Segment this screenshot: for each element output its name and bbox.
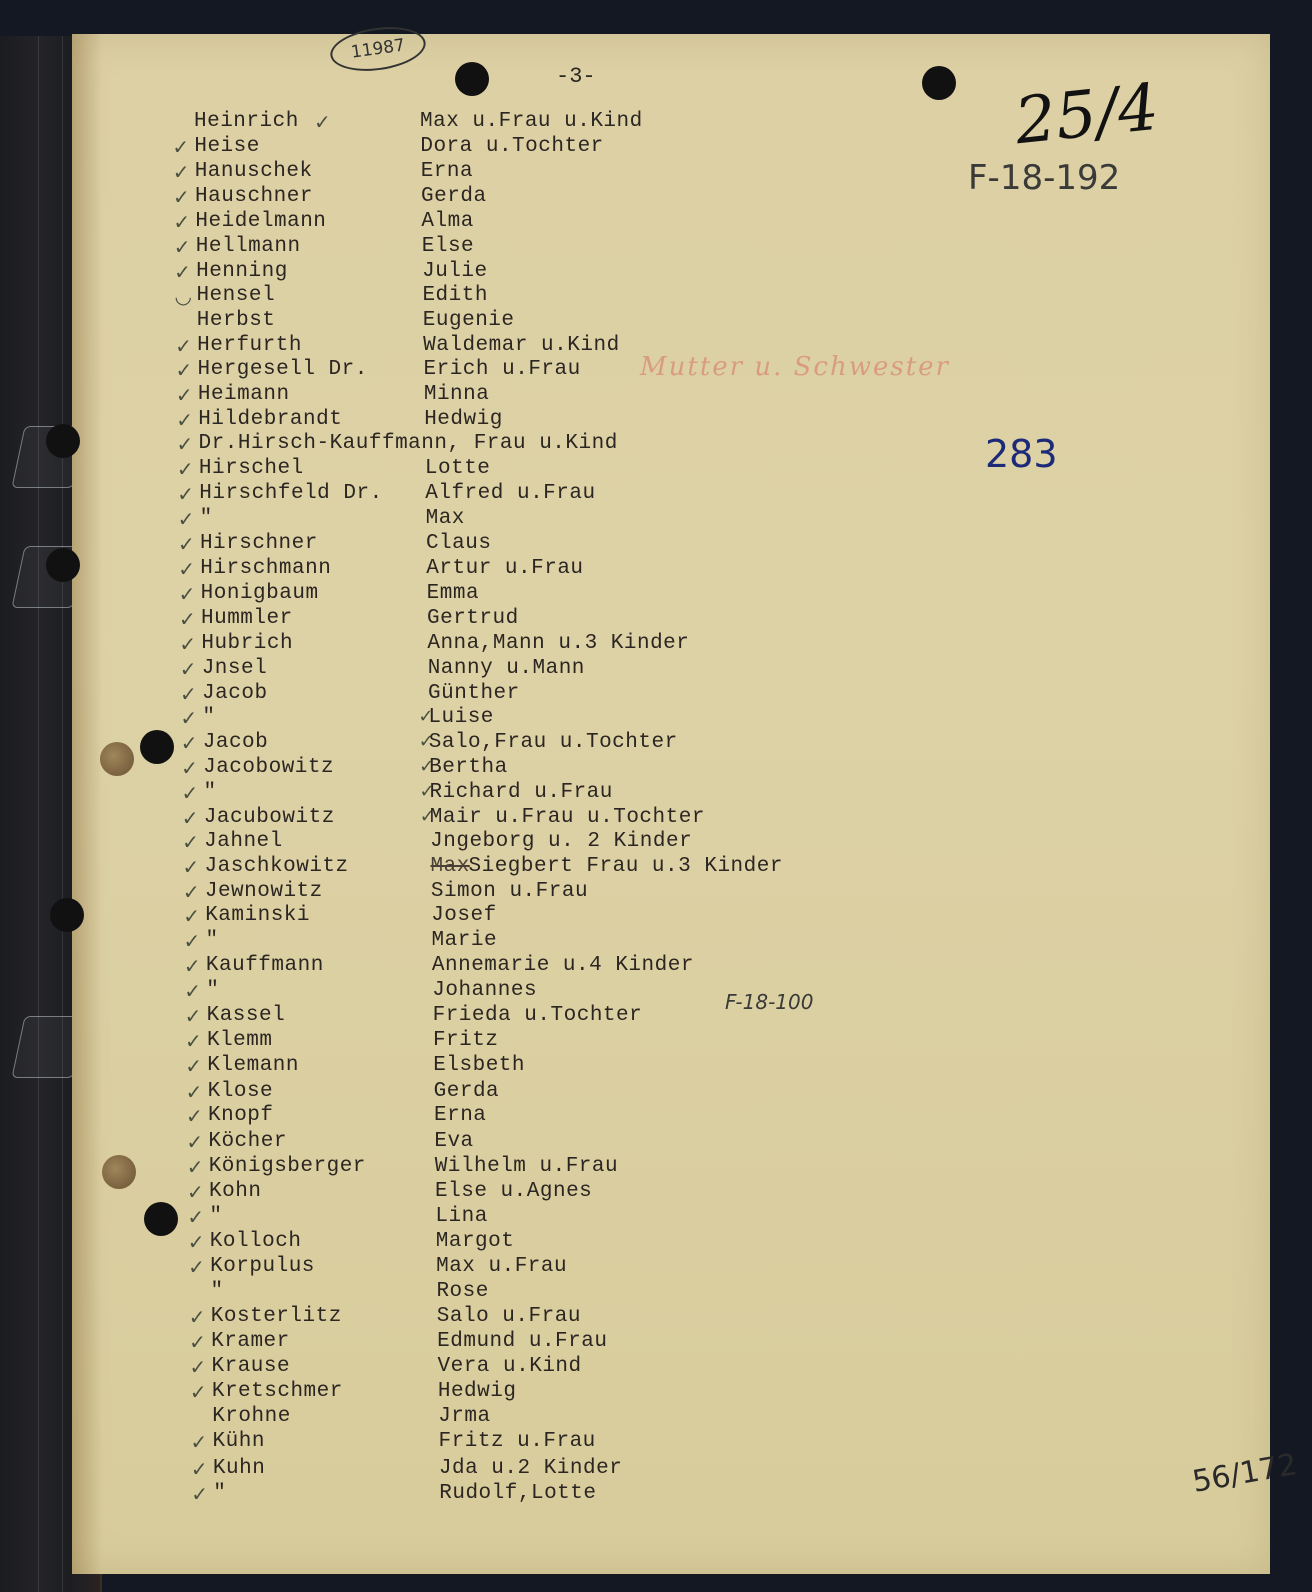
check-mark-icon: ✓ [178, 532, 195, 556]
surname: Jacubowitz [204, 806, 335, 829]
punch-hole [922, 66, 956, 100]
given-names: Salo u.Frau [437, 1305, 581, 1328]
surname: Krohne [212, 1405, 291, 1428]
check-mark-icon: ✓ [190, 1355, 207, 1379]
surname: Kohn [209, 1180, 261, 1203]
surname: " [203, 781, 216, 804]
given-names: Rose [436, 1280, 488, 1303]
given-names: Gerda [421, 185, 487, 208]
surname: Henning [196, 260, 288, 283]
surname: Heinrich [194, 110, 299, 133]
check-mark-icon: ✓ [176, 383, 193, 407]
reference-code-mid: F-18-100 [725, 990, 813, 1014]
check-mark-icon: ✓ [179, 632, 196, 656]
given-names: Jrma [438, 1405, 490, 1428]
surname: Kosterlitz [211, 1305, 342, 1328]
surname: Krause [212, 1355, 291, 1378]
surname: Jahnel [204, 830, 283, 853]
given-names: Salo,Frau u.Tochter [429, 731, 678, 754]
given-names: Josef [431, 904, 497, 927]
surname: Kühn [213, 1430, 265, 1453]
given-names: Günther [428, 682, 520, 705]
check-mark-icon: ✓ [180, 706, 197, 730]
surname: Jewnowitz [205, 880, 323, 903]
given-names: Siegbert Frau u.3 Kinder [469, 855, 783, 878]
given-names: Eva [434, 1130, 473, 1153]
surname: Hildebrandt [198, 408, 342, 431]
surname: Hirschner [200, 532, 318, 555]
given-names: Mair u.Frau u.Tochter [430, 806, 705, 829]
given-names: Margot [436, 1230, 515, 1253]
surname: Hubrich [201, 632, 293, 655]
check-mark-icon: ✓ [176, 408, 193, 432]
given-names: Else u.Agnes [435, 1180, 592, 1203]
given-names: Lotte [425, 457, 491, 480]
surname: Klemm [207, 1029, 273, 1052]
check-mark-icon: ✓ [186, 1080, 203, 1104]
check-mark-icon: ✓ [181, 781, 198, 805]
given-names: Erich u.Frau [424, 358, 581, 381]
page-number: -3- [556, 64, 596, 89]
surname: Jacob [203, 731, 269, 754]
given-names: Gerda [434, 1080, 500, 1103]
check-mark-icon: ◡ [174, 284, 192, 308]
check-mark-icon: ✓ [174, 235, 191, 259]
surname: Klemann [207, 1054, 299, 1077]
given-names: Bertha [429, 756, 508, 779]
surname: Hergesell Dr. [198, 358, 368, 381]
blue-handwritten-number: 283 [985, 432, 1058, 476]
surname: " [200, 507, 213, 530]
handwritten-number-top-right: 25/4 [1012, 71, 1163, 160]
surname: Hirschfeld Dr. [199, 482, 382, 505]
punch-hole [455, 62, 489, 96]
given-names: Emma [427, 582, 479, 605]
check-mark-icon: ✓ [184, 954, 201, 978]
check-mark-icon: ✓ [190, 1380, 207, 1404]
surname: Kauffmann [206, 954, 324, 977]
check-mark-icon: ✓ [172, 135, 189, 159]
punch-hole-reinforced [102, 1155, 136, 1189]
given-names: Jda u.2 Kinder [439, 1457, 622, 1480]
given-names: Hedwig [424, 408, 503, 431]
surname: Kuhn [213, 1457, 265, 1480]
surname: Herfurth [197, 334, 302, 357]
reference-code-top: F-18-192 [968, 158, 1120, 198]
surname: Hauschner [195, 185, 313, 208]
surname: Hanuschek [195, 160, 313, 183]
surname: Kassel [207, 1004, 286, 1027]
check-mark-icon: ✓ [178, 507, 195, 531]
given-names: Eugenie [423, 309, 515, 332]
binder-line [38, 36, 39, 1592]
given-names: Vera u.Kind [438, 1355, 582, 1378]
check-mark-icon: ✓ [175, 334, 192, 358]
red-handwritten-note: Mutter u. Schwester [640, 352, 950, 382]
check-mark-icon: ✓ [314, 110, 331, 134]
given-names: Max u.Frau u.Kind [420, 110, 643, 133]
surname: Klose [208, 1080, 274, 1103]
check-mark-icon: ✓ [177, 482, 194, 506]
check-mark-icon: ✓ [187, 1205, 204, 1229]
check-mark-icon: ✓ [181, 756, 198, 780]
check-mark-icon: ✓ [187, 1155, 204, 1179]
given-names: Elsbeth [433, 1054, 525, 1077]
surname: Köcher [208, 1130, 287, 1153]
surname: Hirschmann [200, 557, 331, 580]
surname: Heimann [198, 383, 290, 406]
check-mark-icon: ✓ [184, 979, 201, 1003]
given-names: Artur u.Frau [426, 557, 583, 580]
surname: " [206, 979, 219, 1002]
given-names: Edith [422, 284, 488, 307]
check-mark-icon: ✓ [182, 830, 199, 854]
surname: Dr.Hirsch-Kauffmann, Frau u.Kind [199, 432, 618, 455]
given-names: Rudolf,Lotte [439, 1482, 596, 1505]
surname: Königsberger [209, 1155, 366, 1178]
given-names: Jngeborg u. 2 Kinder [430, 830, 692, 853]
check-mark-icon: ✓ [182, 806, 199, 830]
check-mark-icon: ✓ [185, 1004, 202, 1028]
given-names: Hedwig [438, 1380, 517, 1403]
surname: Heidelmann [195, 210, 326, 233]
check-mark-icon: ✓ [180, 682, 197, 706]
surname: Hellmann [196, 235, 301, 258]
given-names: Luise [428, 706, 494, 729]
struck-text: Max [431, 855, 470, 878]
given-names: Fritz u.Frau [439, 1430, 596, 1453]
given-names: Frieda u.Tochter [433, 1004, 643, 1027]
paper-edge-shadow [72, 34, 102, 1574]
given-names: Nanny u.Mann [428, 657, 585, 680]
given-names: Richard u.Frau [429, 781, 612, 804]
given-names: Claus [426, 532, 492, 555]
given-names: Wilhelm u.Frau [435, 1155, 618, 1178]
surname: " [202, 706, 215, 729]
given-names: Fritz [433, 1029, 499, 1052]
surname: Jacobowitz [203, 756, 334, 779]
given-names: Alma [421, 210, 473, 233]
given-names: Annemarie u.4 Kinder [432, 954, 694, 977]
check-mark-icon: ✓ [185, 1029, 202, 1053]
binder-line [62, 36, 63, 1592]
surname: Jnsel [202, 657, 268, 680]
surname: Herbst [197, 309, 276, 332]
check-mark-icon: ✓ [191, 1482, 208, 1506]
surname: Hensel [196, 284, 275, 307]
check-mark-icon: ✓ [176, 358, 193, 382]
surname: Jaschkowitz [205, 855, 349, 878]
given-names: Else [422, 235, 474, 258]
surname: Kramer [211, 1330, 290, 1353]
given-names: Edmund u.Frau [437, 1330, 607, 1353]
check-mark-icon: ✓ [173, 160, 190, 184]
given-names: Waldemar u.Kind [423, 334, 620, 357]
check-mark-icon: ✓ [177, 457, 194, 481]
given-names: Gertrud [427, 607, 519, 630]
given-names: Marie [432, 929, 498, 952]
given-names: Anna,Mann u.3 Kinder [427, 632, 689, 655]
given-names: Dora u.Tochter [420, 135, 603, 158]
punch-hole [46, 424, 80, 458]
given-names: Simon u.Frau [431, 880, 588, 903]
surname: " [206, 929, 219, 952]
check-mark-icon: ✓ [186, 1130, 203, 1154]
check-mark-icon: ✓ [183, 855, 200, 879]
check-mark-icon: ✓ [184, 929, 201, 953]
check-mark-icon: ✓ [173, 185, 190, 209]
given-names: Julie [422, 260, 488, 283]
surname: Korpulus [210, 1255, 315, 1278]
check-mark-icon: ✓ [188, 1230, 205, 1254]
surname: Honigbaum [201, 582, 319, 605]
surname: Heise [194, 135, 260, 158]
check-mark-icon: ✓ [191, 1457, 208, 1481]
given-names: Johannes [432, 979, 537, 1002]
check-mark-icon: ✓ [183, 904, 200, 928]
punch-hole [50, 898, 84, 932]
surname: " [213, 1482, 226, 1505]
check-mark-icon: ✓ [177, 432, 194, 456]
surname: Hirschel [199, 457, 304, 480]
given-names: Erna [421, 160, 473, 183]
surname: " [209, 1205, 222, 1228]
punch-hole [140, 730, 174, 764]
given-names: Alfred u.Frau [425, 482, 595, 505]
surname: Kretschmer [212, 1380, 343, 1403]
surname: Kaminski [205, 904, 310, 927]
surname: Knopf [208, 1104, 274, 1127]
check-mark-icon: ✓ [181, 731, 198, 755]
punch-hole-reinforced [100, 742, 134, 776]
punch-hole [46, 548, 80, 582]
check-mark-icon: ✓ [173, 210, 190, 234]
punch-hole [144, 1202, 178, 1236]
surname: " [210, 1280, 223, 1303]
check-mark-icon: ✓ [183, 880, 200, 904]
given-names: Max u.Frau [436, 1255, 567, 1278]
check-mark-icon: ✓ [186, 1104, 203, 1128]
check-mark-icon: ✓ [174, 260, 191, 284]
given-names: Max [426, 507, 465, 530]
check-mark-icon: ✓ [179, 607, 196, 631]
surname: Jacob [202, 682, 268, 705]
check-mark-icon: ✓ [187, 1180, 204, 1204]
given-names: Minna [424, 383, 490, 406]
check-mark-icon: ✓ [178, 557, 195, 581]
check-mark-icon: ✓ [189, 1330, 206, 1354]
check-mark-icon: ✓ [189, 1305, 206, 1329]
check-mark-icon: ✓ [188, 1255, 205, 1279]
given-names: Erna [434, 1104, 486, 1127]
check-mark-icon: ✓ [191, 1430, 208, 1454]
check-mark-icon: ✓ [179, 582, 196, 606]
surname: Kolloch [210, 1230, 302, 1253]
check-mark-icon: ✓ [180, 657, 197, 681]
given-names: Lina [435, 1205, 487, 1228]
check-mark-icon: ✓ [185, 1054, 202, 1078]
surname: Hummler [201, 607, 293, 630]
